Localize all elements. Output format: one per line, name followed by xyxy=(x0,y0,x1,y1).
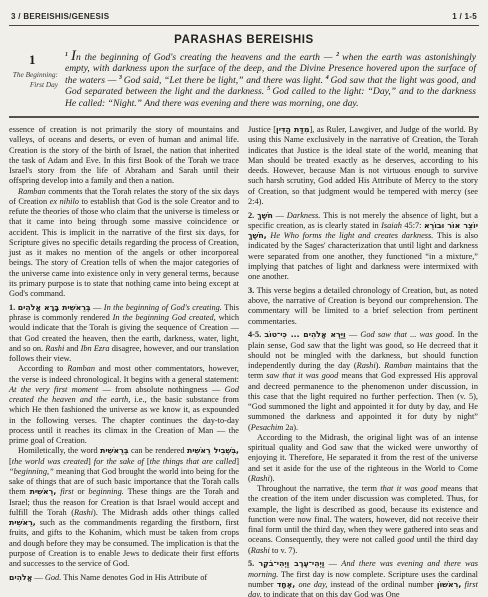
commentary-paragraph: 3. This verse begins a detailed chronolo… xyxy=(248,286,478,327)
commentary-paragraph: According to the Midrash, the original l… xyxy=(248,433,478,484)
commentary-paragraph: Throughout the narrative, the term that … xyxy=(248,484,478,556)
header-book-title: 3 / BEREISHIS/GENESIS xyxy=(11,12,109,21)
commentary-left-column: essence of creation is not primarily the… xyxy=(9,125,239,597)
section-divider-rule xyxy=(9,116,479,118)
book-page: 3 / BEREISHIS/GENESIS 1 / 1-5 PARASHAS B… xyxy=(0,0,488,597)
header-chapter-verses: 1 / 1-5 xyxy=(452,12,477,21)
commentary-paragraph: 1. בְּרֵאשִׁית בָּרָא אֱלֹהִים — In the … xyxy=(9,303,239,365)
commentary-section: essence of creation is not primarily the… xyxy=(9,125,479,597)
page-header: 3 / BEREISHIS/GENESIS 1 / 1-5 xyxy=(9,9,479,23)
verse-section: 1 The Beginning: First Day 1 In the begi… xyxy=(9,52,479,109)
commentary-paragraph: 4-5. וַיַּרְא אֱלֹהִים ... כִּי־טוֹב — G… xyxy=(248,330,478,433)
parashah-title: PARASHAS BEREISHIS xyxy=(9,34,479,46)
commentary-paragraph: Homiletically, the word בְּרֵאשִׁית can … xyxy=(9,446,239,569)
commentary-right-column: Justice [מִדַּת הַדִּין], as Ruler, Lawg… xyxy=(248,125,478,597)
header-rule xyxy=(9,25,479,26)
margin-label: The Beginning: First Day xyxy=(9,70,58,90)
commentary-paragraph: According to Ramban and most other comme… xyxy=(9,364,239,446)
commentary-paragraph: Justice [מִדַּת הַדִּין], as Ruler, Lawg… xyxy=(248,125,478,207)
commentary-paragraph: 5. וַיְהִי־עֶרֶב וַיְהִי־בֹקֶר — And the… xyxy=(248,559,478,597)
commentary-paragraph: essence of creation is not primarily the… xyxy=(9,125,239,187)
commentary-paragraph: אֱלֹהִים — God. This Name denotes God in… xyxy=(9,573,239,583)
commentary-paragraph: Ramban comments that the Torah relates t… xyxy=(9,187,239,300)
chapter-number: 1 xyxy=(9,53,58,66)
verse-margin: 1 The Beginning: First Day xyxy=(9,52,65,109)
verse-translation-text: 1 In the beginning of God's creating the… xyxy=(65,52,479,109)
commentary-paragraph: 2. חֹשֶׁךְ — Darkness. This is not merel… xyxy=(248,211,478,283)
